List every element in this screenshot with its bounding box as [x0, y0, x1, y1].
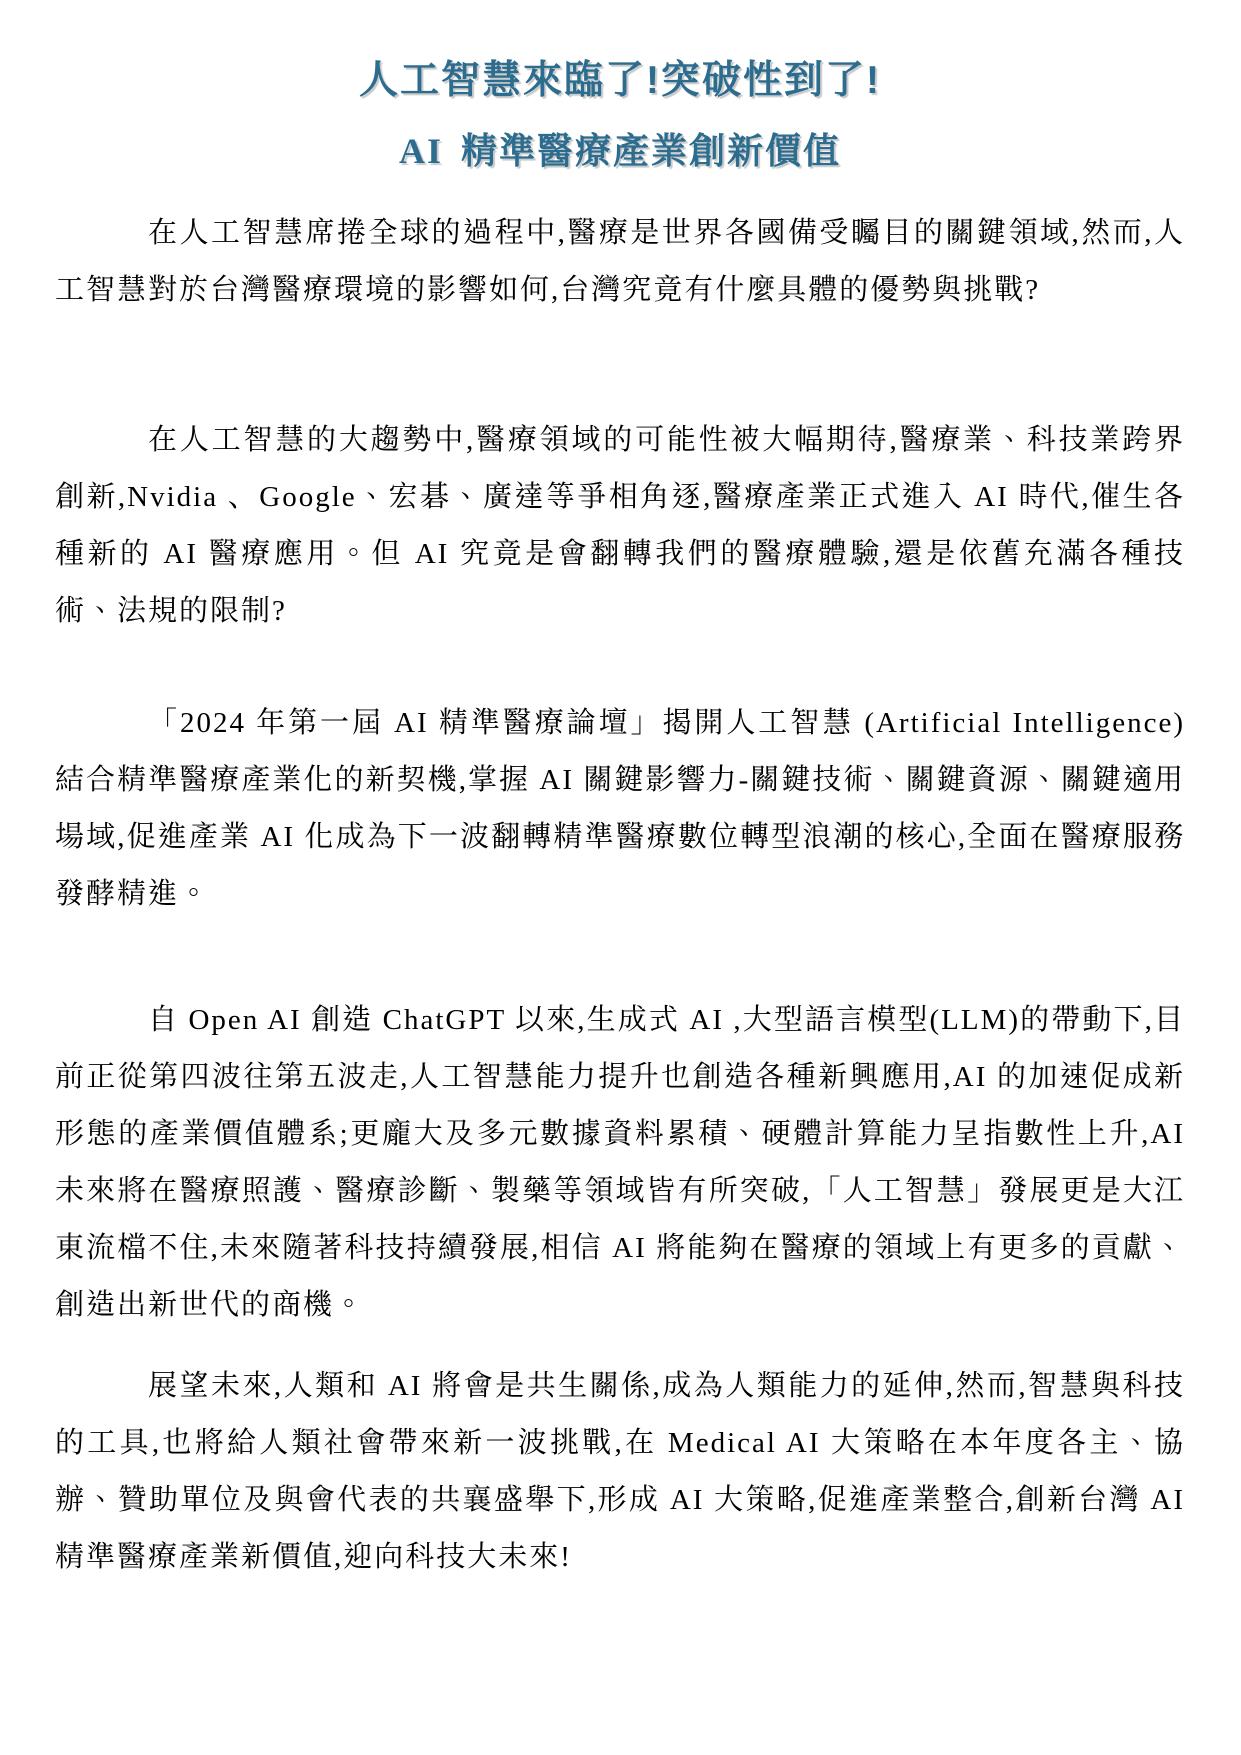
paragraph-genai: 自 Open AI 創造 ChatGPT 以來,生成式 AI ,大型語言模型(L… [55, 992, 1185, 1334]
paragraph-outlook: 展望未來,人類和 AI 將會是共生關係,成為人類能力的延伸,然而,智慧與科技的工… [55, 1358, 1185, 1586]
paragraph-trend: 在人工智慧的大趨勢中,醫療領域的可能性被大幅期待,醫療業、科技業跨界創新,Nvi… [55, 412, 1185, 640]
document-page: 人工智慧來臨了!突破性到了! AI精準醫療產業創新價值 在人工智慧席捲全球的過程… [0, 0, 1241, 1755]
document-subtitle: AI精準醫療產業創新價值 [55, 129, 1185, 173]
document-title: 人工智慧來臨了!突破性到了! [55, 58, 1185, 105]
document-body: 在人工智慧席捲全球的過程中,醫療是世界各國備受矚目的關鍵領域,然而,人工智慧對於… [55, 205, 1185, 1586]
paragraph-intro: 在人工智慧席捲全球的過程中,醫療是世界各國備受矚目的關鍵領域,然而,人工智慧對於… [55, 205, 1185, 319]
subtitle-zh-text: 精準醫療產業創新價值 [461, 130, 841, 171]
paragraph-forum: 「2024 年第一屆 AI 精準醫療論壇」揭開人工智慧 (Artificial … [55, 695, 1185, 923]
subtitle-en-text: AI [399, 131, 443, 171]
